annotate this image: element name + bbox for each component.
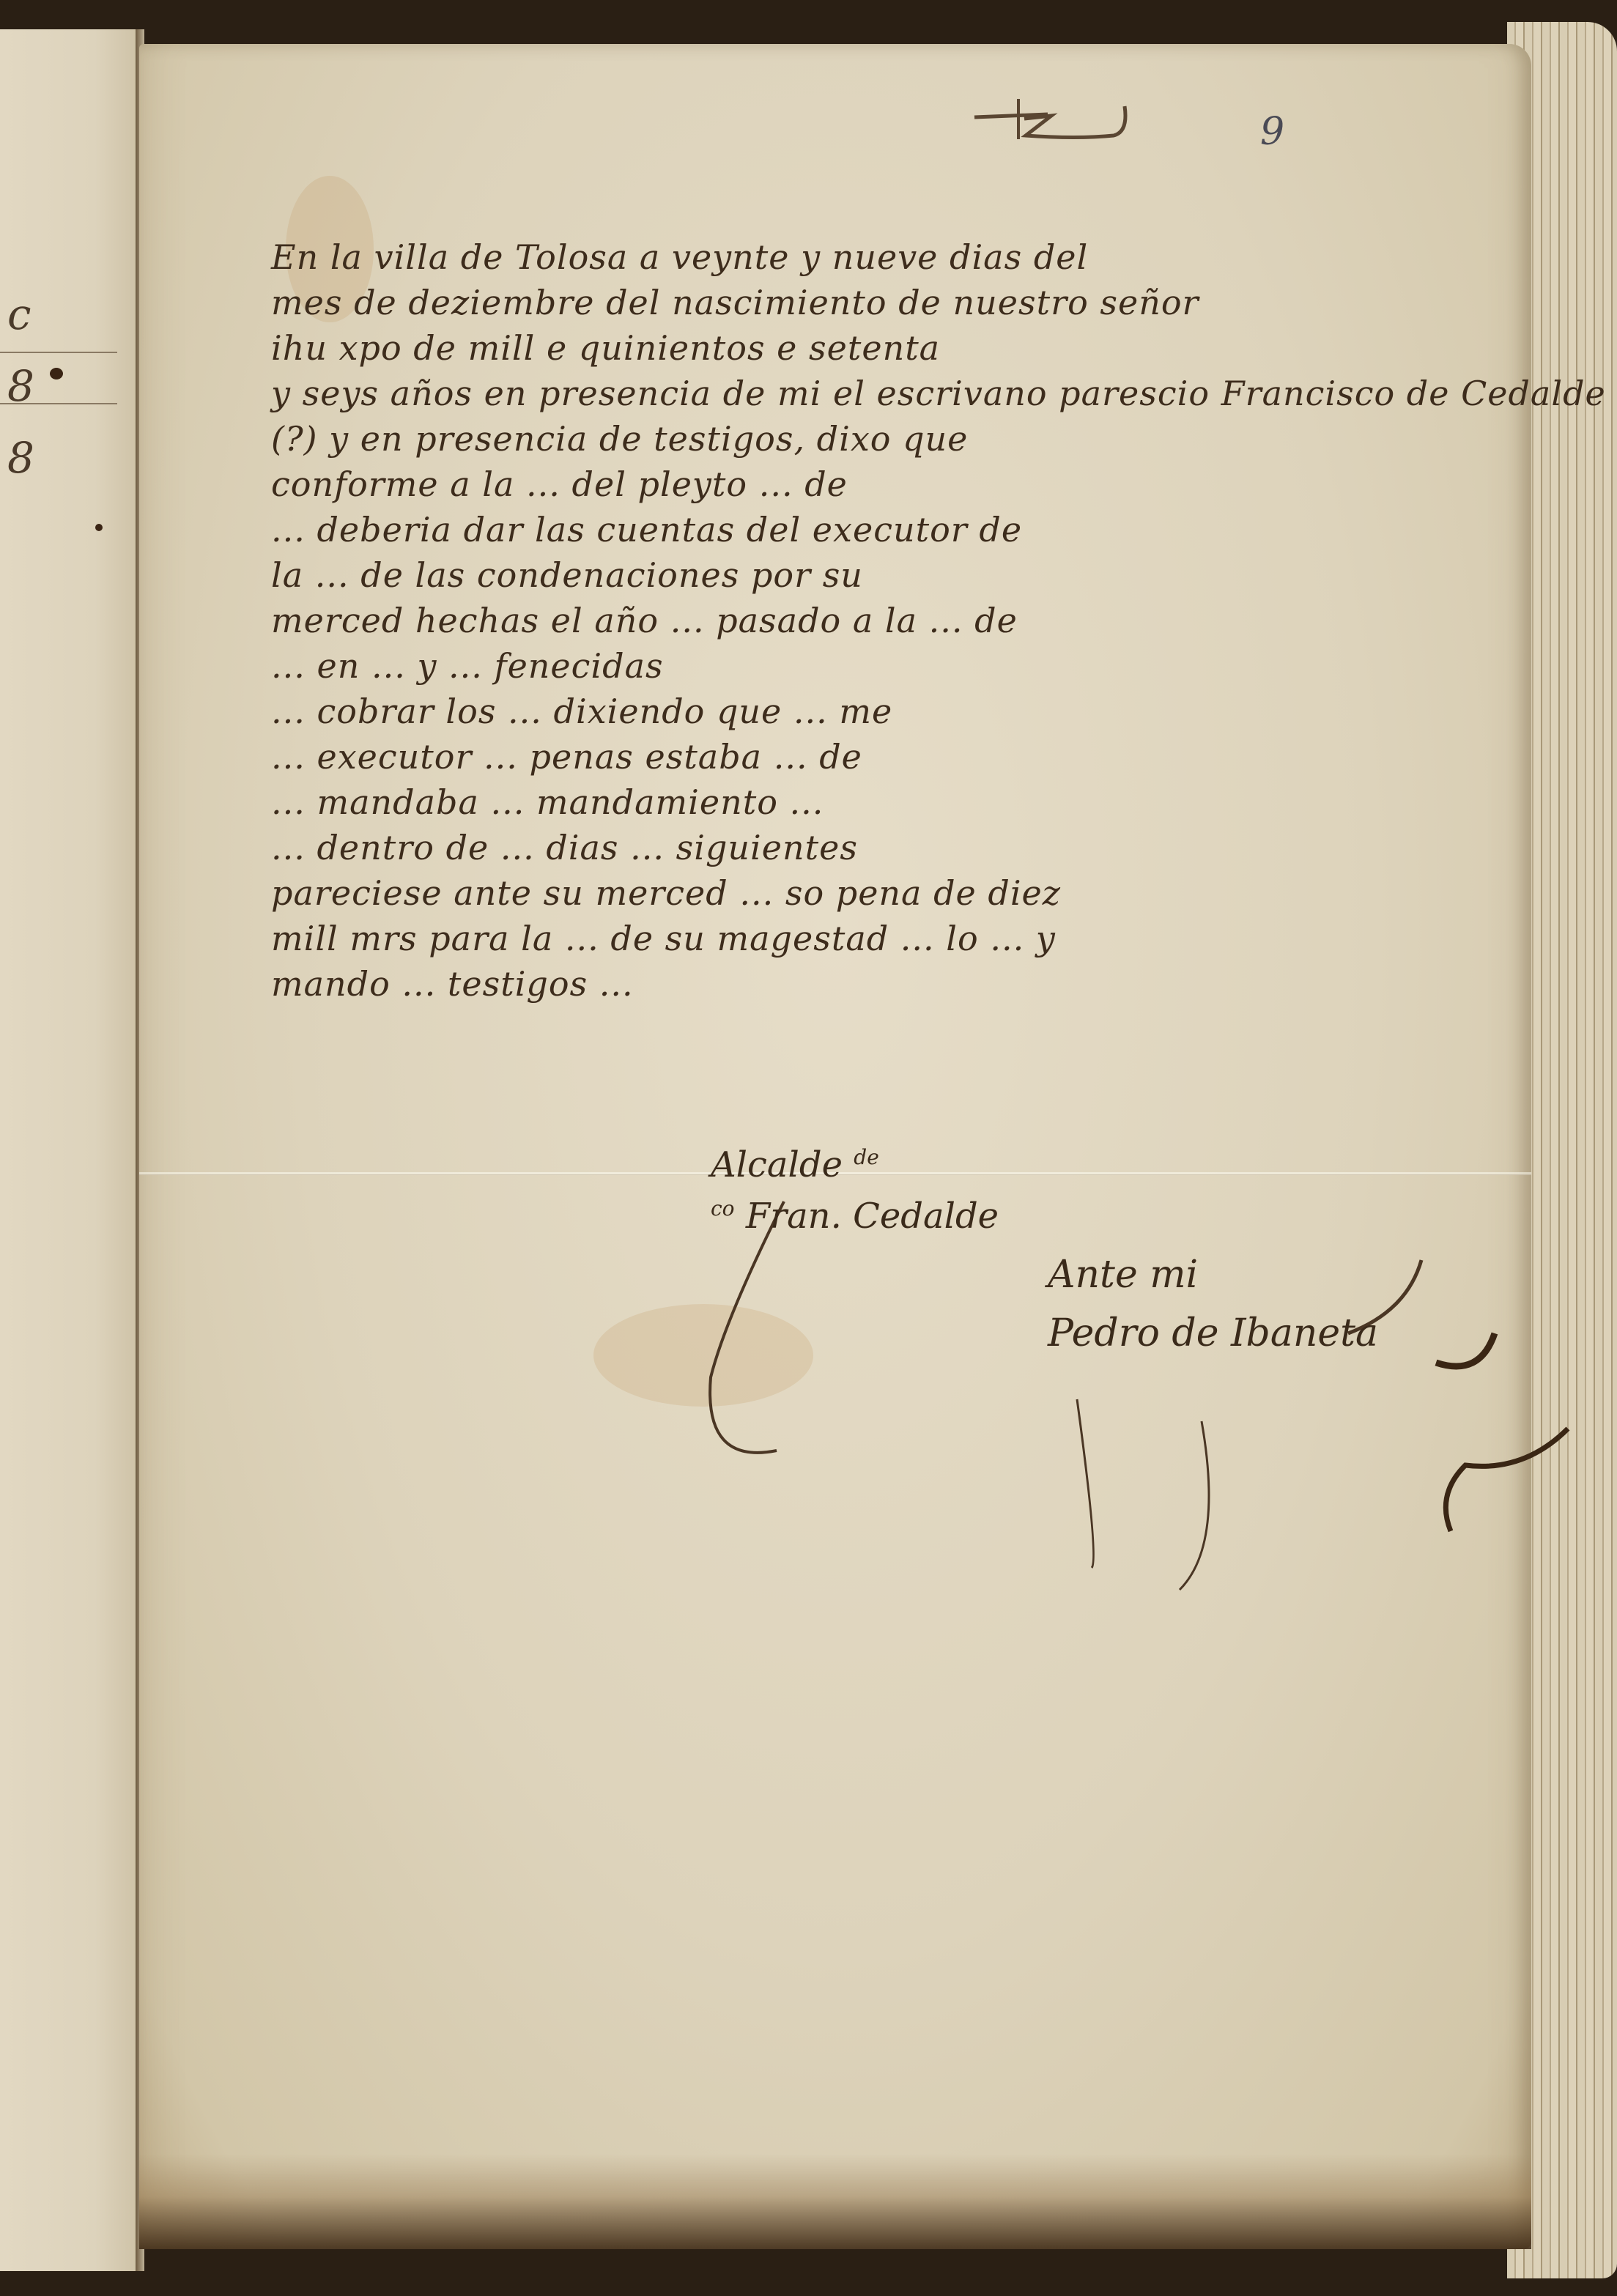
signature-line: Pedro de Ibaneta [1048, 1304, 1378, 1363]
signature-escribano: Ante mi Pedro de Ibaneta [1048, 1245, 1378, 1363]
manuscript-line: la ... de las condenaciones por su [271, 552, 1531, 598]
manuscript-line: y seys años en presencia de mi el escriv… [271, 371, 1531, 416]
manuscript-line: ... deberia dar las cuentas del executor… [271, 507, 1531, 552]
manuscript-line: En la villa de Tolosa a veynte y nueve d… [271, 234, 1531, 280]
margin-mark: 8 [7, 437, 34, 479]
margin-rule [0, 352, 117, 353]
signature-line: Alcalde [711, 1144, 843, 1185]
signature-line: Ante mi [1048, 1245, 1378, 1304]
manuscript-line: merced hechas el año ... pasado a la ...… [271, 598, 1531, 643]
signature-superscript: co [711, 1196, 735, 1221]
manuscript-body: En la villa de Tolosa a veynte y nueve d… [271, 234, 1531, 1007]
manuscript-line: (?) y en presencia de testigos, dixo que [271, 416, 1531, 462]
cross-flourish-icon [967, 95, 1150, 154]
manuscript-page: 9 En la villa de Tolosa a veynte y nueve… [139, 44, 1531, 2249]
margin-mark: c [7, 293, 34, 336]
manuscript-line: mando ... testigos ... [271, 961, 1531, 1007]
ink-blot [50, 368, 63, 379]
margin-rule [0, 403, 117, 404]
manuscript-line: ... dentro de ... dias ... siguientes [271, 825, 1531, 870]
manuscript-line: conforme a la ... del pleyto ... de [271, 462, 1531, 507]
manuscript-line: pareciese ante su merced ... so pena de … [271, 870, 1531, 916]
ink-blot [95, 524, 103, 531]
manuscript-line: ... executor ... penas estaba ... de [271, 734, 1531, 779]
manuscript-line: mill mrs para la ... de su magestad ... … [271, 916, 1531, 961]
signature-superscript: de [854, 1145, 879, 1169]
manuscript-line: ... en ... y ... fenecidas [271, 643, 1531, 689]
manuscript-line: ... mandaba ... mandamiento ... [271, 779, 1531, 825]
folio-number: 9 [1260, 110, 1284, 154]
manuscript-line: ... cobrar los ... dixiendo que ... me [271, 689, 1531, 734]
manuscript-line: mes de deziembre del nascimiento de nues… [271, 280, 1531, 325]
signature-line: Fran. Cedalde [746, 1196, 999, 1237]
signature-alcalde: Alcalde de co Fran. Cedalde [711, 1136, 999, 1238]
margin-mark: 8 [7, 365, 34, 407]
left-margin-marks: c 8 8 [7, 293, 34, 508]
manuscript-line: ihu xpo de mill e quinientos e setenta [271, 325, 1531, 371]
damaged-bottom-edge [139, 2154, 1531, 2249]
left-facing-page: c 8 8 [0, 29, 137, 2271]
